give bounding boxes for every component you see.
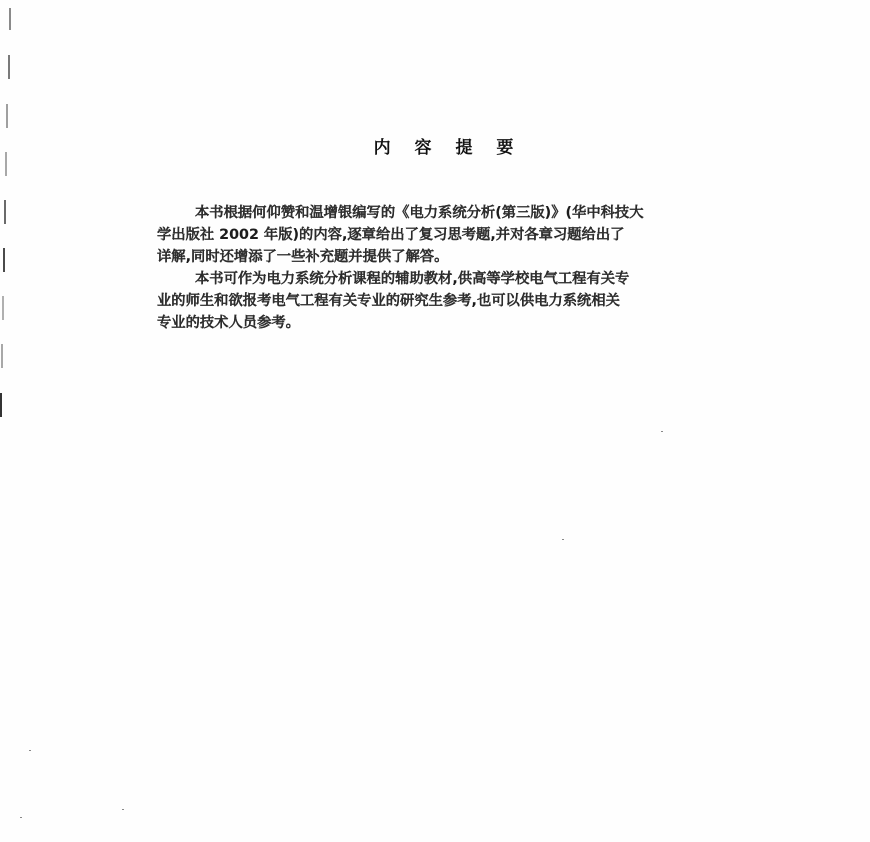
document-page: 内 容 提 要 本书根据何仰赞和温增银编写的《电力系统分析(第三版)》(华中科技… xyxy=(0,0,870,842)
scan-speck xyxy=(122,809,124,810)
binding-mark xyxy=(1,344,3,368)
text-line: 详解,同时还增添了一些补充题并提供了解答。 xyxy=(157,246,807,268)
binding-mark xyxy=(8,55,10,79)
text-line: 本书根据何仰赞和温增银编写的《电力系统分析(第三版)》(华中科技大 xyxy=(157,202,807,224)
text-line: 学出版社 2002 年版)的内容,逐章给出了复习思考题,并对各章习题给出了 xyxy=(157,224,807,246)
summary-body: 本书根据何仰赞和温增银编写的《电力系统分析(第三版)》(华中科技大 学出版社 2… xyxy=(157,202,807,334)
scan-speck xyxy=(20,817,22,818)
paragraph-1: 本书根据何仰赞和温增银编写的《电力系统分析(第三版)》(华中科技大 学出版社 2… xyxy=(157,202,807,268)
binding-mark xyxy=(2,296,4,320)
text-line: 业的师生和欲报考电气工程有关专业的研究生参考,也可以供电力系统相关 xyxy=(157,290,807,312)
scan-speck xyxy=(562,539,564,540)
binding-mark xyxy=(0,393,2,417)
binding-mark xyxy=(3,248,5,272)
paragraph-2: 本书可作为电力系统分析课程的辅助教材,供高等学校电气工程有关专 业的师生和欲报考… xyxy=(157,268,807,334)
binding-mark xyxy=(9,8,11,30)
text-line: 本书可作为电力系统分析课程的辅助教材,供高等学校电气工程有关专 xyxy=(157,268,807,290)
text-line: 专业的技术人员参考。 xyxy=(157,312,807,334)
scan-speck xyxy=(661,431,663,432)
scan-speck xyxy=(29,750,31,751)
binding-mark xyxy=(6,104,8,128)
binding-mark xyxy=(5,152,7,176)
binding-mark xyxy=(4,200,6,224)
page-title: 内 容 提 要 xyxy=(0,133,870,158)
